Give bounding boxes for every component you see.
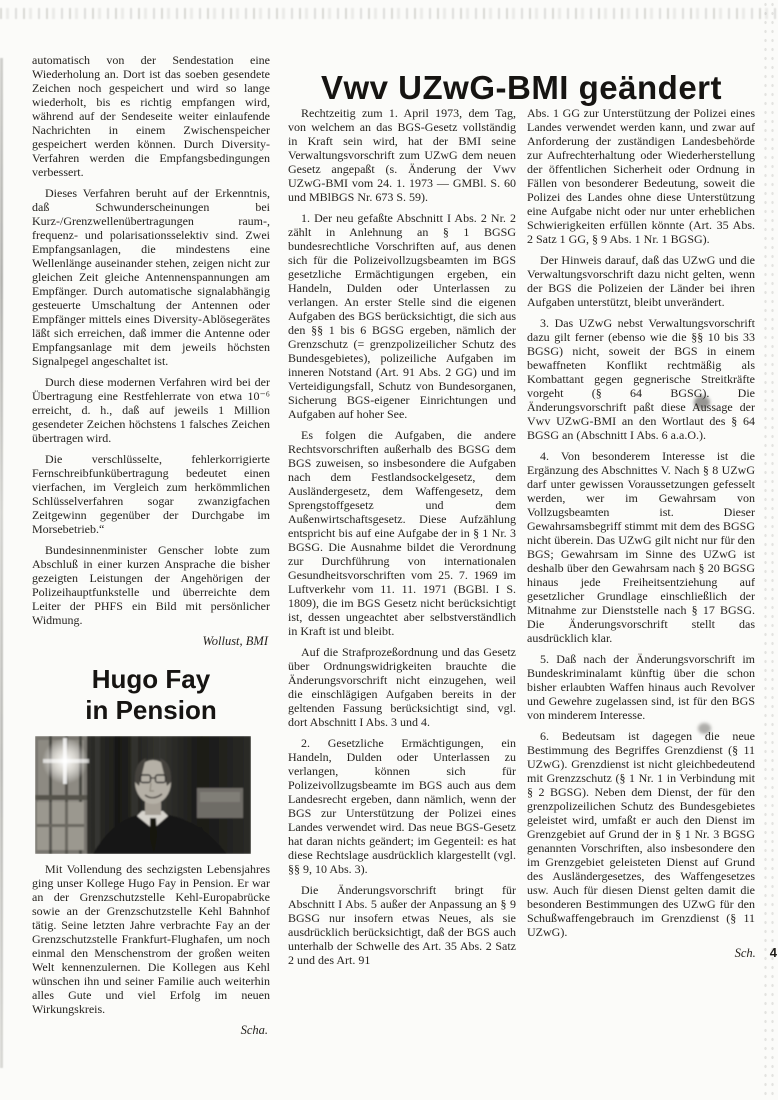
paragraph: Es folgen die Aufgaben, die andere Recht… xyxy=(288,428,516,638)
paragraph: Rechtzeitig zum 1. April 1973, dem Tag, … xyxy=(288,106,516,204)
scan-edge-right xyxy=(762,0,778,1100)
paragraph: 3. Das UZwG nebst Verwaltungsvorschrift … xyxy=(527,316,755,442)
paragraph: Mit Vollendung des sechzigsten Lebensjah… xyxy=(32,862,270,1016)
paragraph: Auf die Strafprozeßordnung und das Geset… xyxy=(288,645,516,729)
page-number: 4 xyxy=(770,946,777,960)
article-title: Vwv UZwG-BMI geändert xyxy=(288,70,755,106)
author-signature: Scha. xyxy=(32,1023,268,1037)
paragraph: Abs. 1 GG zur Unterstützung der Polizei … xyxy=(527,106,755,246)
fay-title-line2: in Pension xyxy=(85,695,216,725)
paragraph: 4. Von besonderem Interesse ist die Ergä… xyxy=(527,449,755,645)
hugo-fay-photo xyxy=(35,736,251,854)
paragraph: 2. Gesetzliche Ermächtigungen, ein Hande… xyxy=(288,736,516,876)
left-column: automatisch von der Sendestation eine Wi… xyxy=(32,53,270,1043)
middle-column: Rechtzeitig zum 1. April 1973, dem Tag, … xyxy=(288,106,516,974)
right-column: Abs. 1 GG zur Unterstützung der Polizei … xyxy=(527,106,755,960)
paragraph: 5. Daß nach der Änderungsvorschrift im B… xyxy=(527,652,755,722)
author-signature: Sch. xyxy=(735,946,756,960)
scan-noise-top xyxy=(0,8,778,19)
scanned-magazine-page: { "page": { "number": "4" }, "radio_arti… xyxy=(0,0,778,1100)
paragraph: Die verschlüsselte, fehlerkorrigierte Fe… xyxy=(32,452,270,536)
scan-edge-left xyxy=(0,58,3,1068)
paragraph: 6. Bedeutsam ist dagegen die neue Bestim… xyxy=(527,729,755,939)
paragraph: Dieses Verfahren beruht auf der Erkenntn… xyxy=(32,186,270,368)
paragraph: automatisch von der Sendestation eine Wi… xyxy=(32,53,270,179)
paragraph: Durch diese modernen Verfahren wird bei … xyxy=(32,375,270,445)
paragraph: Die Änderungsvorschrift bringt für Absch… xyxy=(288,883,516,967)
paragraph: Der Hinweis darauf, daß das UZwG und die… xyxy=(527,253,755,309)
fay-title-line1: Hugo Fay xyxy=(92,664,210,694)
fay-article-title: Hugo Fayin Pension xyxy=(32,664,270,726)
paragraph: 1. Der neu gefaßte Abschnitt I Abs. 2 Nr… xyxy=(288,211,516,421)
paragraph: Bundesinnenminister Genscher lobte zum A… xyxy=(32,543,270,627)
author-signature: Wollust, BMI xyxy=(32,634,268,648)
